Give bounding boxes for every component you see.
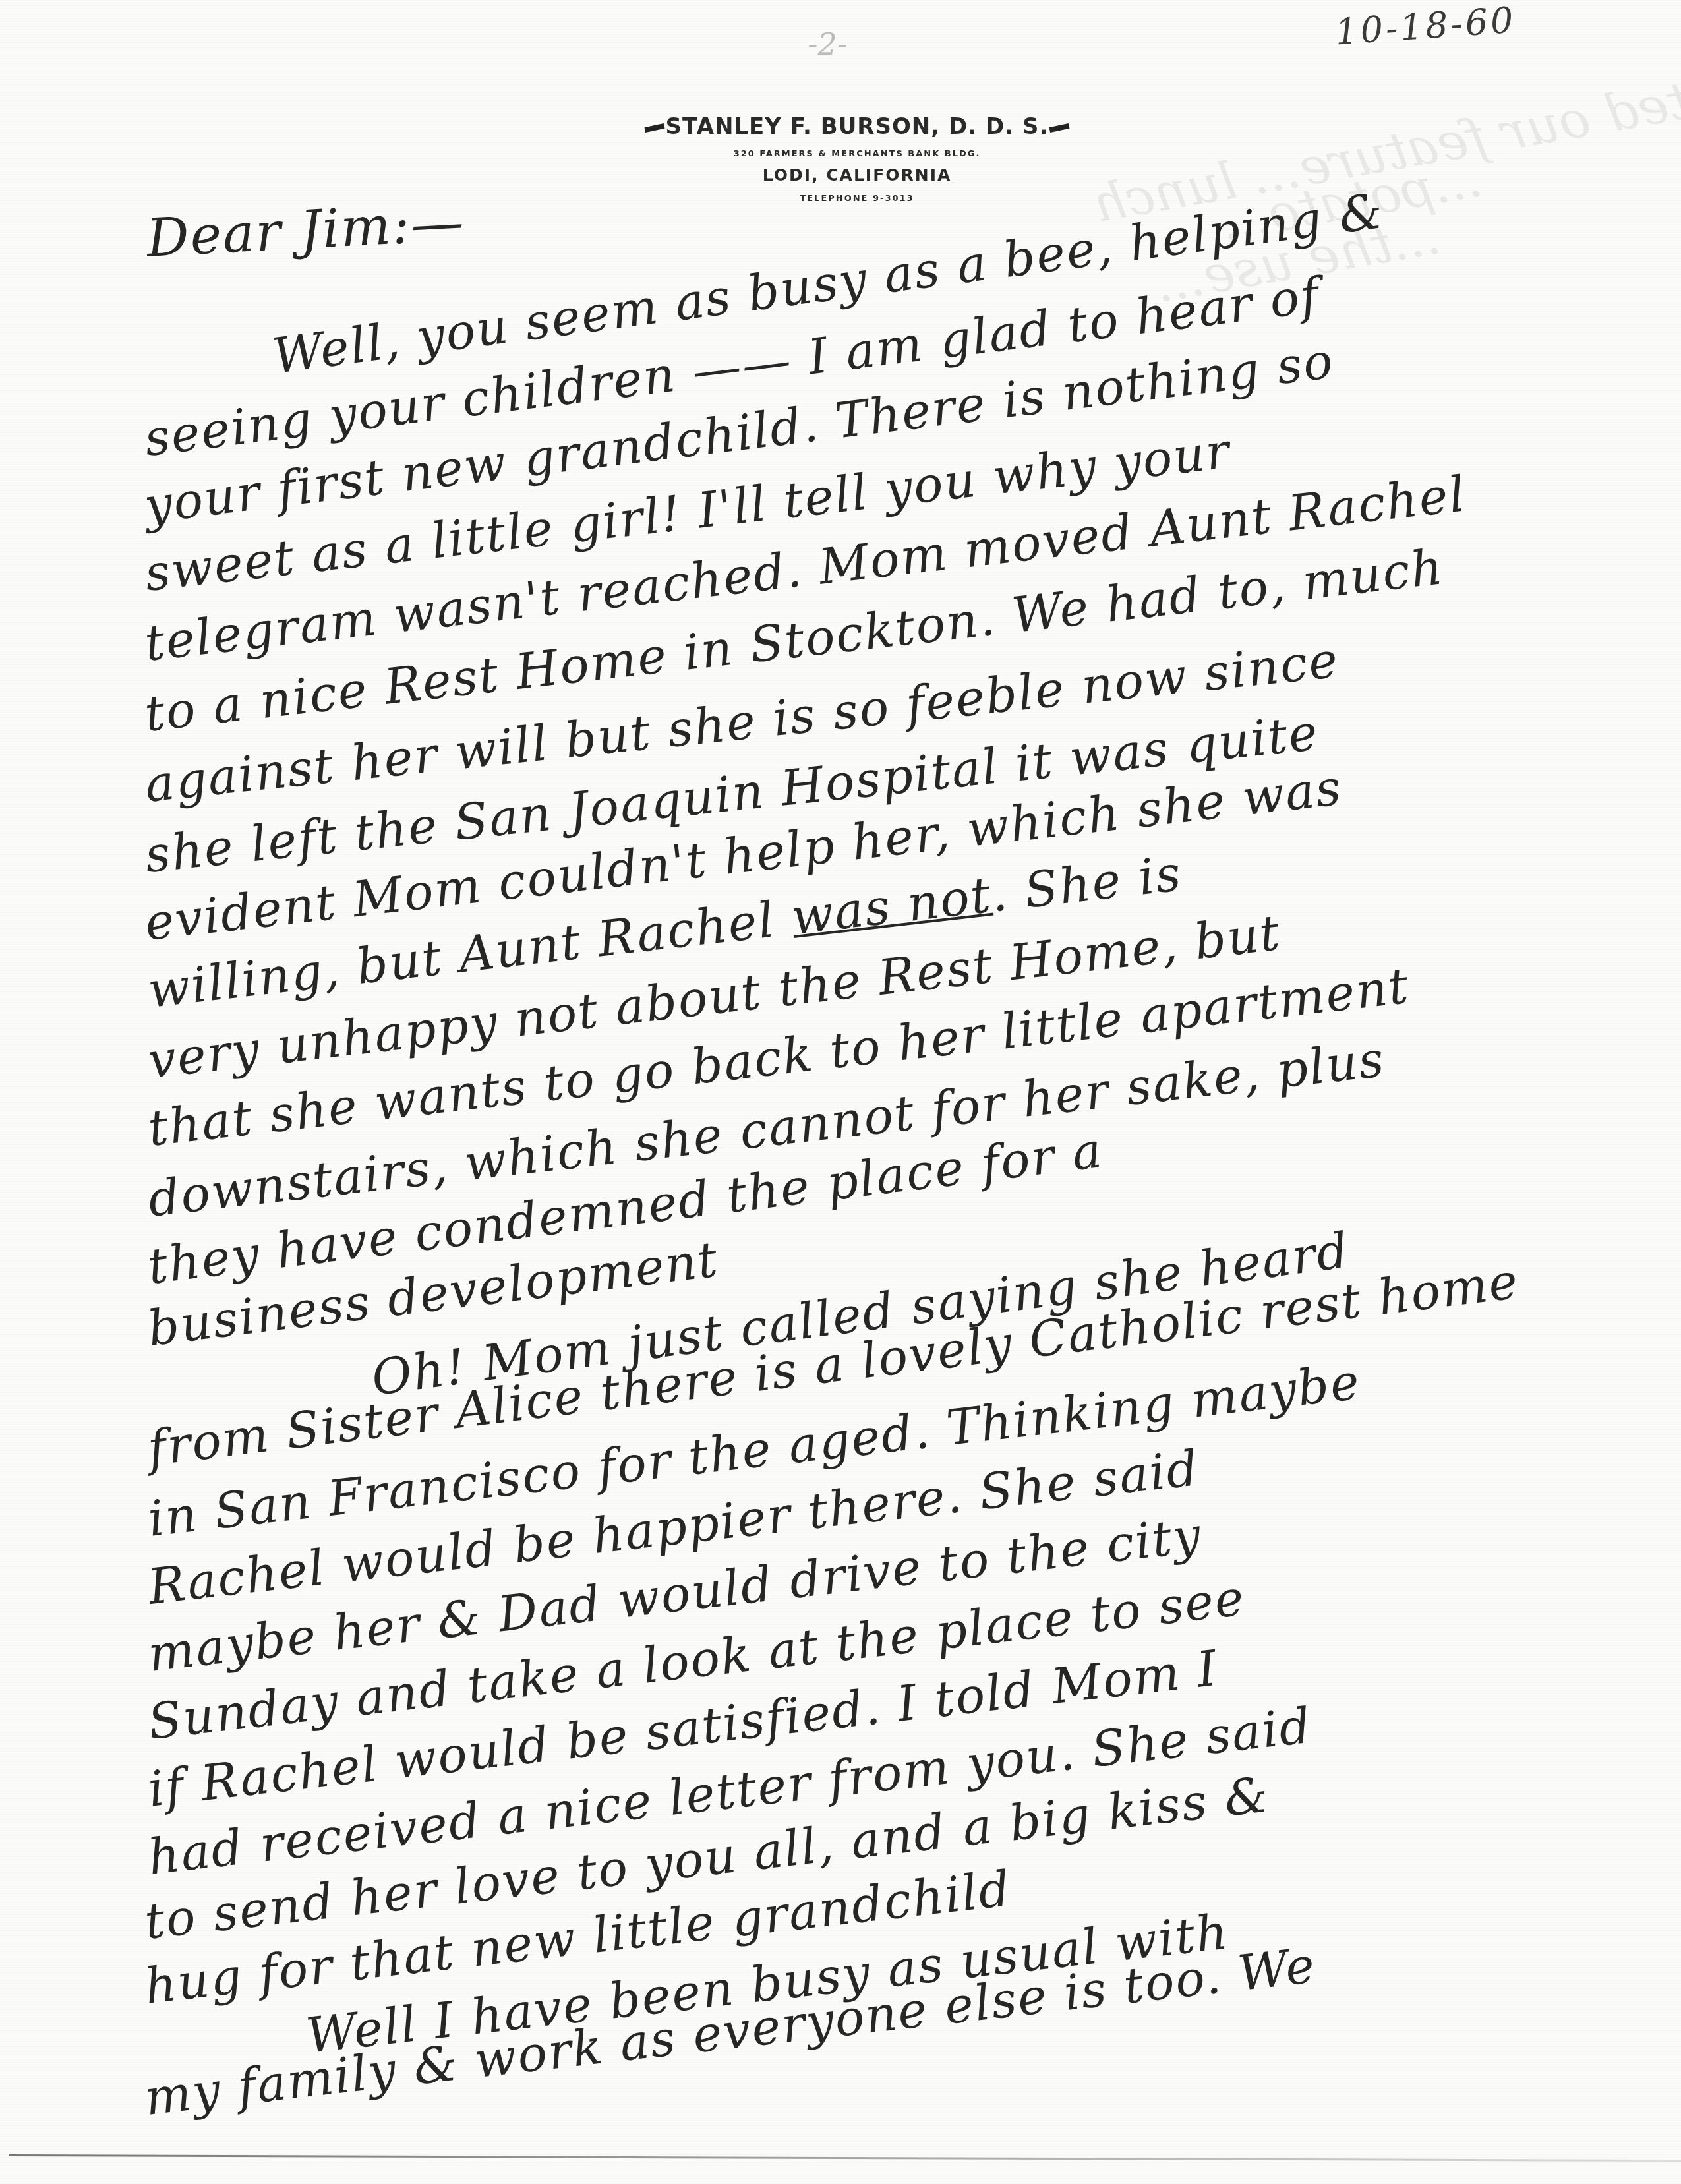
handwritten-body: Dear Jim:— Well, you seem as busy as a b… xyxy=(0,0,1681,2184)
salutation: Dear Jim:— xyxy=(145,191,467,269)
underlined-phrase: was not xyxy=(788,867,995,946)
letter-page: Granted our feature... lunch ...potato..… xyxy=(0,0,1681,2184)
line-text-after: . She is xyxy=(988,845,1185,923)
